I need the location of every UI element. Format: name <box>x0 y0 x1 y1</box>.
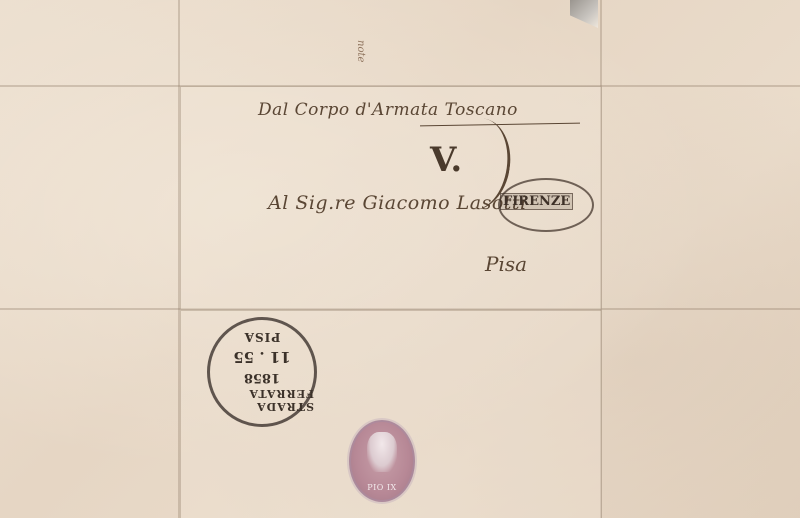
recipient-line: Al Sig.re Giacomo Lasotti <box>268 192 527 214</box>
firenze-stamp-label: FIRENZE <box>500 193 573 210</box>
torn-corner <box>570 0 598 28</box>
faint-notes: note <box>355 40 366 62</box>
seal-label: PIO IX <box>351 483 413 492</box>
circular-postmark: STRADA FERRATA 1858 11 . 55 PISA <box>207 317 317 427</box>
postmark-date: 11 . 55 <box>233 349 290 367</box>
letter-photo: note Dal Corpo d'Armata Toscano V. Al Si… <box>0 0 800 518</box>
postmark-top-text: STRADA FERRATA <box>210 388 314 414</box>
destination-line: Pisa <box>485 252 527 276</box>
postmark-year: 1858 <box>244 371 280 386</box>
postmark-city: PISA <box>244 331 281 345</box>
portrait-bust-icon <box>367 432 397 472</box>
v-mark: V. <box>430 140 462 180</box>
wafer-seal: PIO IX <box>349 420 415 502</box>
